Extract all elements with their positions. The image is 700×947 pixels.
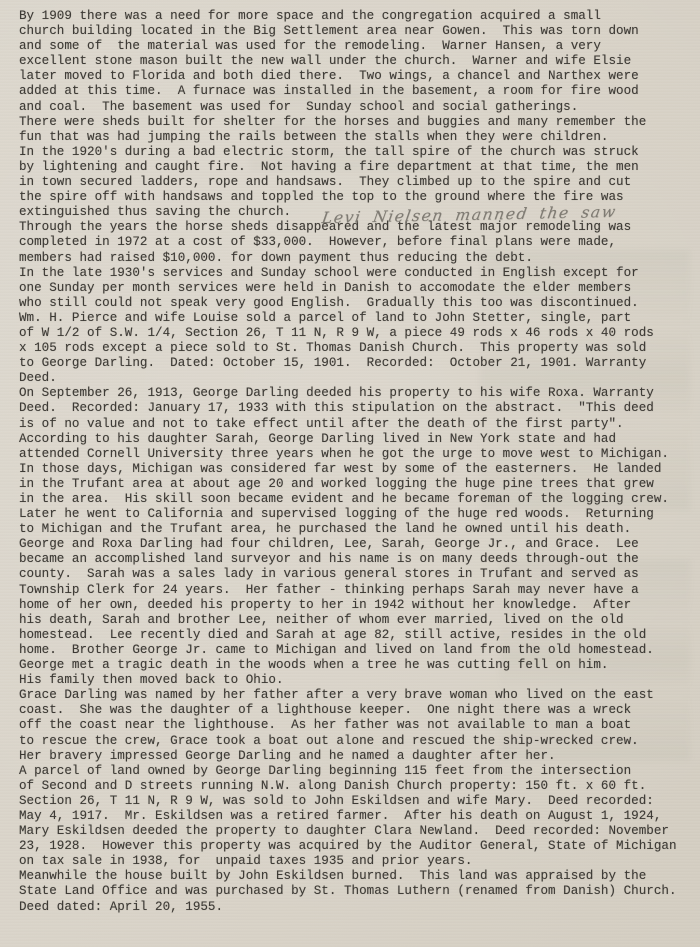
document-page: By 1909 there was a need for more space … [0, 0, 700, 947]
typewritten-body-text: By 1909 there was a need for more space … [19, 9, 677, 915]
